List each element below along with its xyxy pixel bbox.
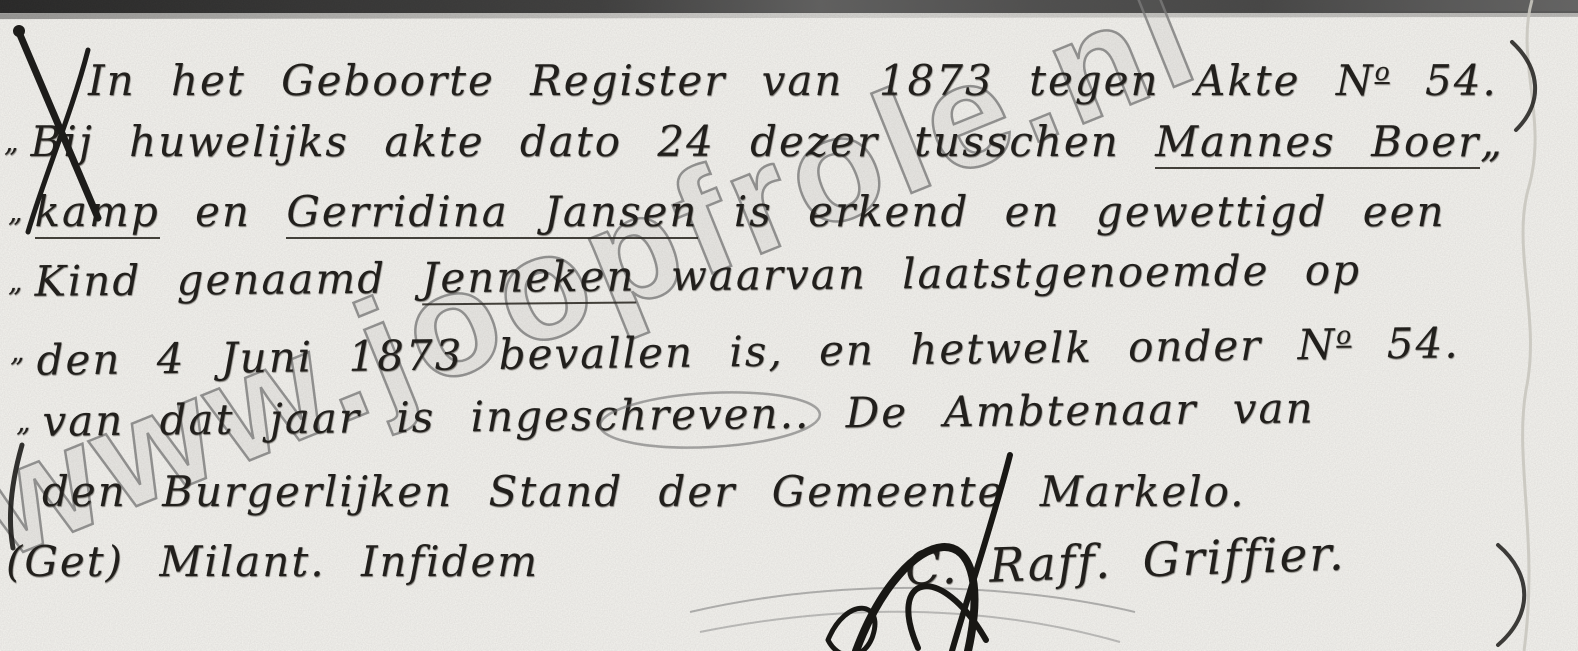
underlined-name: Jenneken [421,252,635,306]
handwritten-segment: In het Geboorte Register van 1873 tegen … [88,56,1336,105]
handwritten-segment: Bij huwelijks akte dato 24 dezer tussche… [31,117,1156,166]
underlined-name: kamp [35,187,160,239]
handwritten-segment: waarvan laatstgenoemde op [635,245,1361,300]
line-continuation-mark: „ [16,405,31,438]
handwritten-line: „Bij huwelijks akte dato 24 dezer tussch… [4,110,1570,180]
handwritten-segment: 54. [1351,318,1460,368]
handwritten-segment: (Get) Milant. Infidem [6,537,539,586]
handwritten-segment: N [1336,56,1375,105]
handwritten-segment: o [1336,321,1351,350]
underlined-name: Mannes Boer [1155,117,1480,169]
handwritten-segment: 54. [1390,56,1498,105]
handwritten-segment: „ [1480,117,1504,166]
handwritten-line: In het Geboorte Register van 1873 tegen … [88,40,1570,110]
handwritten-line: den Burgerlijken Stand der Gemeente Mark… [42,460,1570,530]
line-continuation-mark: „ [8,195,23,228]
underlined-name: Gerridina Jansen [286,187,698,239]
handwritten-line: „van dat jaar is ingeschreven.. De Ambte… [16,374,1571,460]
line-continuation-mark: „ [10,335,25,368]
handwritten-segment: o [1375,57,1390,86]
line-continuation-mark: „ [4,125,19,158]
handwritten-segment: Kind genaamd [34,253,421,305]
line-continuation-mark: „ [8,265,23,298]
handwritten-segment: en [160,187,287,236]
handwritten-segment: den 4 Juni 1873 bevallen is, en hetwelk … [36,320,1298,384]
scan-edge-shadow [0,11,1578,19]
handwritten-segment: N [1297,320,1336,369]
handwritten-segment: is erkend en gewettigd een [698,187,1445,236]
handwritten-segment: van dat jaar is ingeschreven.. De Ambten… [42,383,1315,445]
handwritten-segment: den Burgerlijken Stand der Gemeente Mark… [42,467,1246,516]
handwritten-text: In het Geboorte Register van 1873 tegen … [0,40,1570,600]
scanned-register-document: www.joopfrole.nl In het Geboorte Registe… [0,0,1578,651]
